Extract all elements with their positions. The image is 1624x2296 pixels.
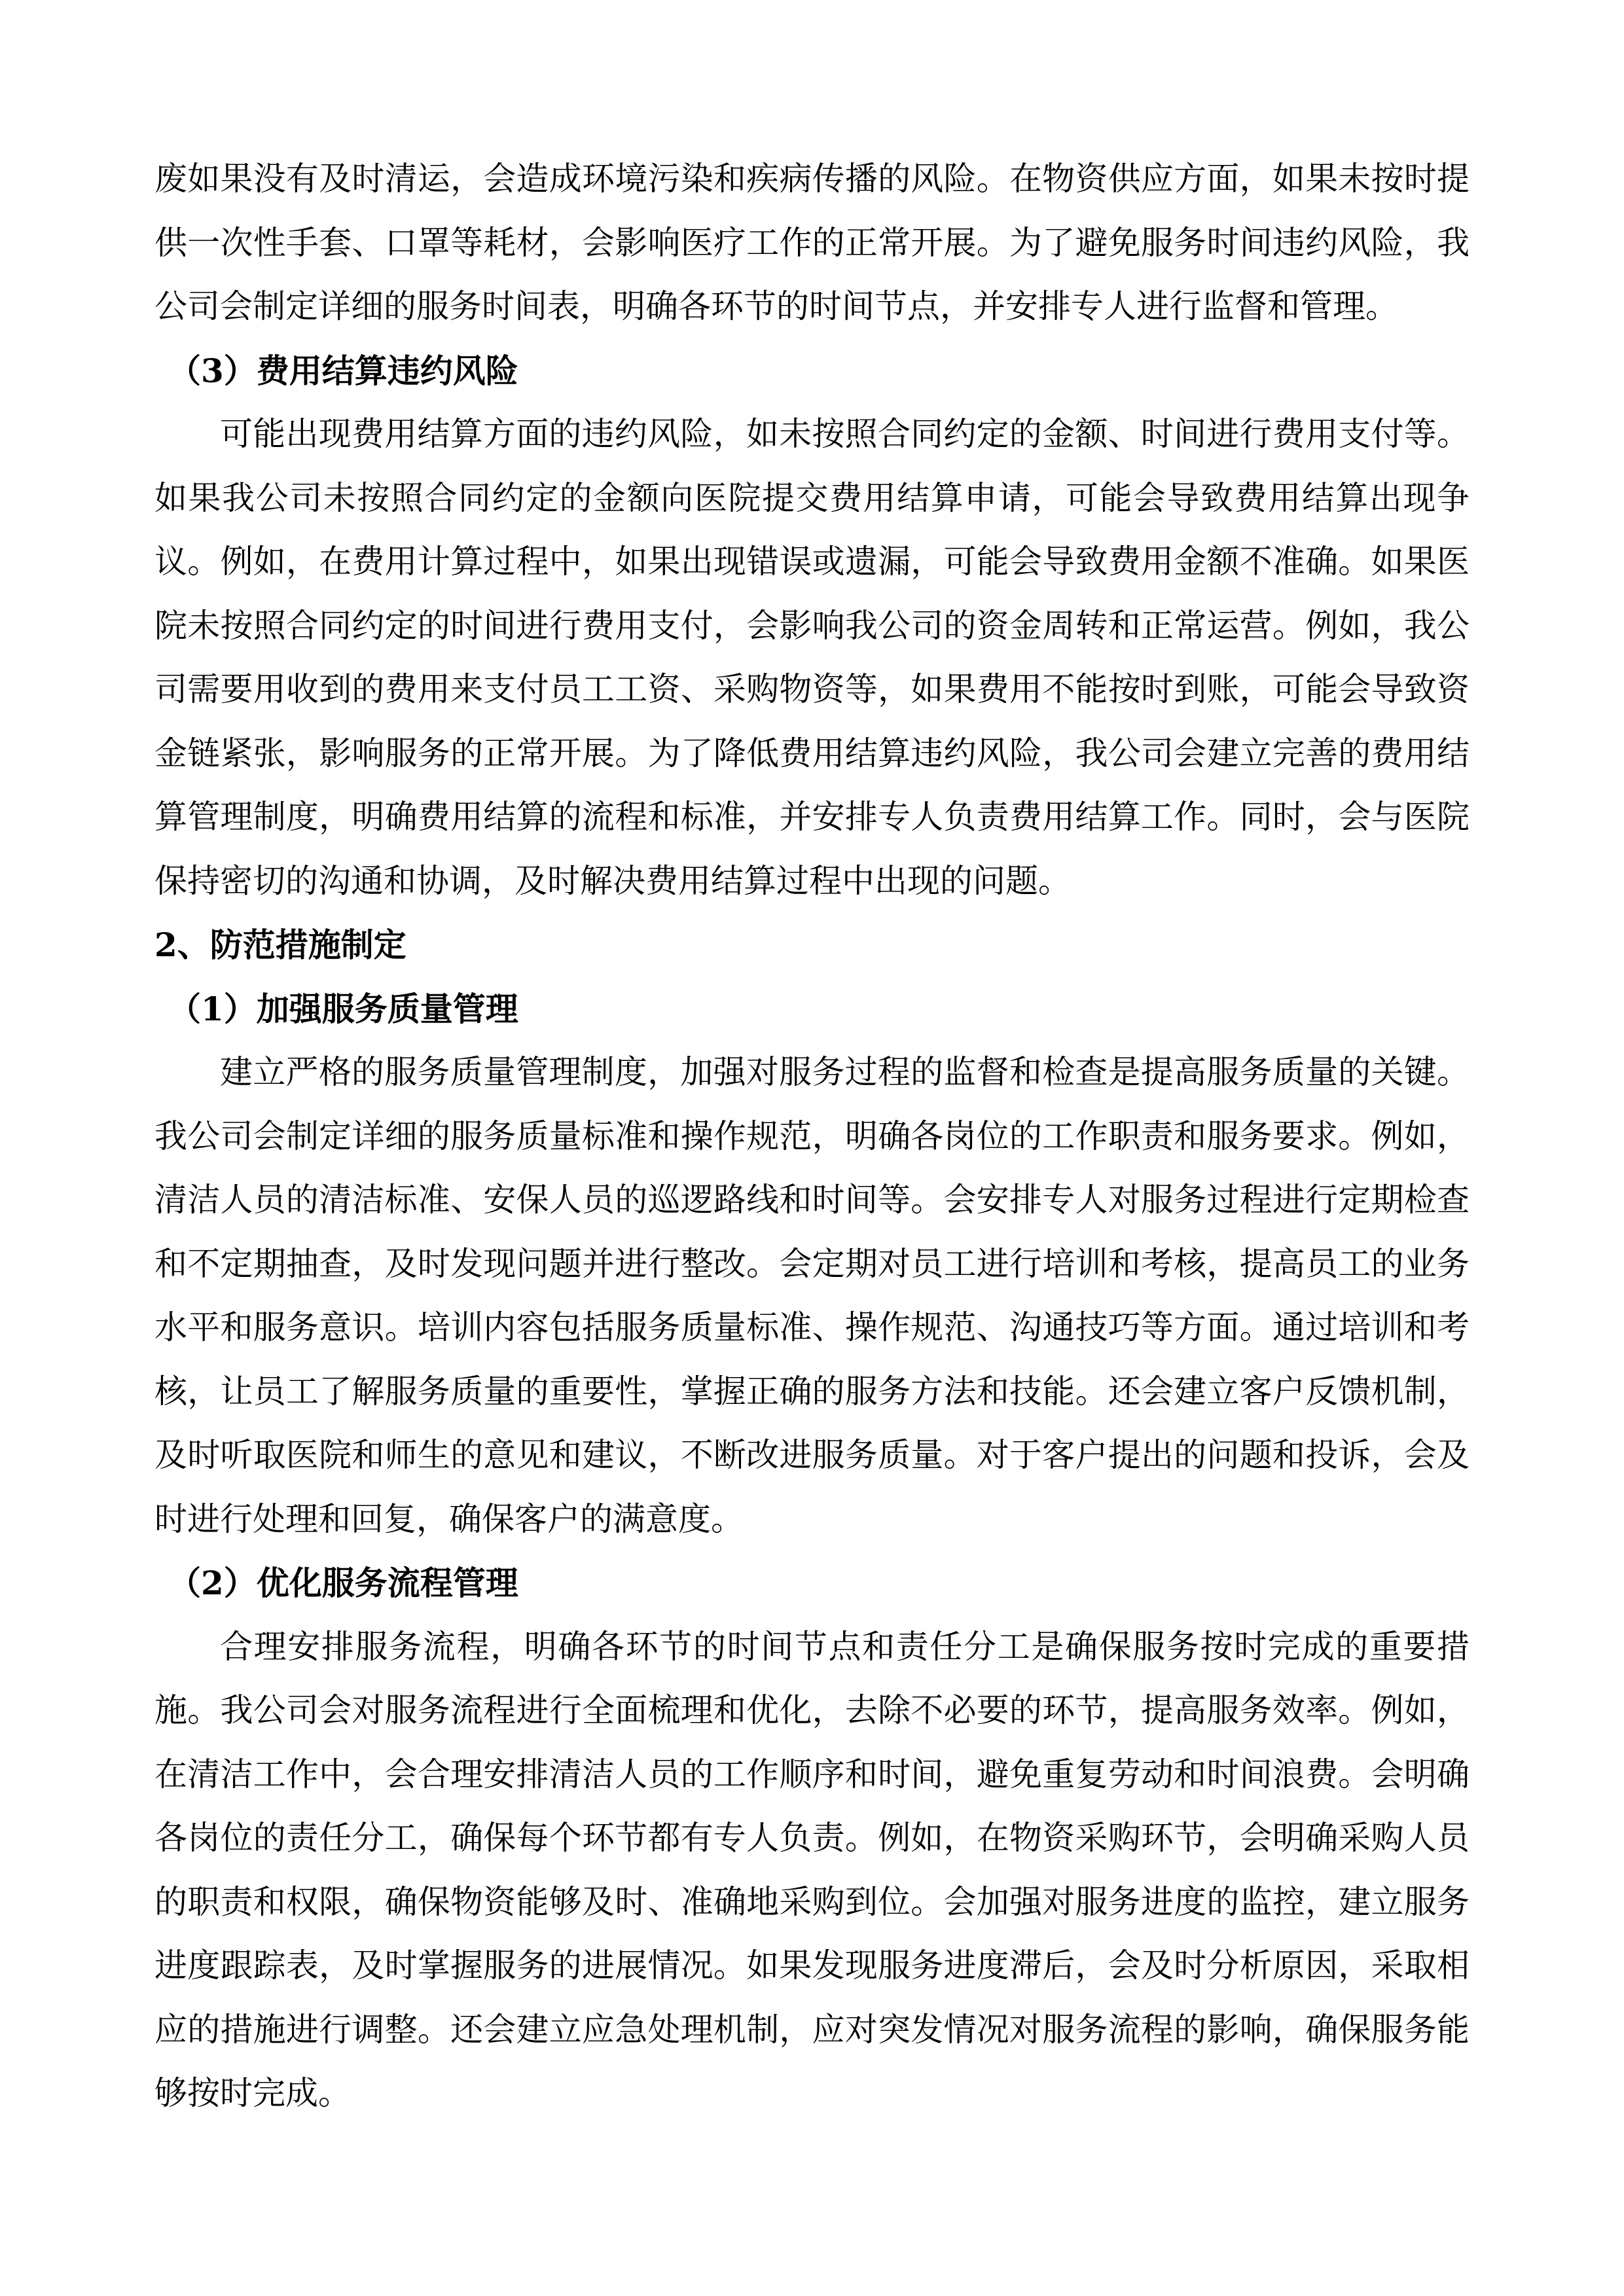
heading-preventive-measures: 2、防范措施制定 <box>154 913 1470 977</box>
paragraph-service-quality-management: 建立严格的服务质量管理制度，加强对服务过程的监督和检查是提高服务质量的关键。我公… <box>154 1041 1470 1551</box>
paragraph-fee-settlement-breach-risk: 可能出现费用结算方面的违约风险，如未按照合同约定的金额、时间进行费用支付等。如果… <box>154 403 1470 913</box>
heading-fee-settlement-breach-risk: （3）费用结算违约风险 <box>154 339 1470 403</box>
heading-strengthen-service-quality-management: （1）加强服务质量管理 <box>154 977 1470 1041</box>
paragraph-service-process-management: 合理安排服务流程，明确各环节的时间节点和责任分工是确保服务按时完成的重要措施。我… <box>154 1615 1470 2126</box>
heading-optimize-service-process-management: （2）优化服务流程管理 <box>154 1551 1470 1615</box>
document-page: 废如果没有及时清运，会造成环境污染和疾病传播的风险。在物资供应方面，如果未按时提… <box>0 0 1624 2296</box>
paragraph-supply-time-risk-continuation: 废如果没有及时清运，会造成环境污染和疾病传播的风险。在物资供应方面，如果未按时提… <box>154 147 1470 339</box>
